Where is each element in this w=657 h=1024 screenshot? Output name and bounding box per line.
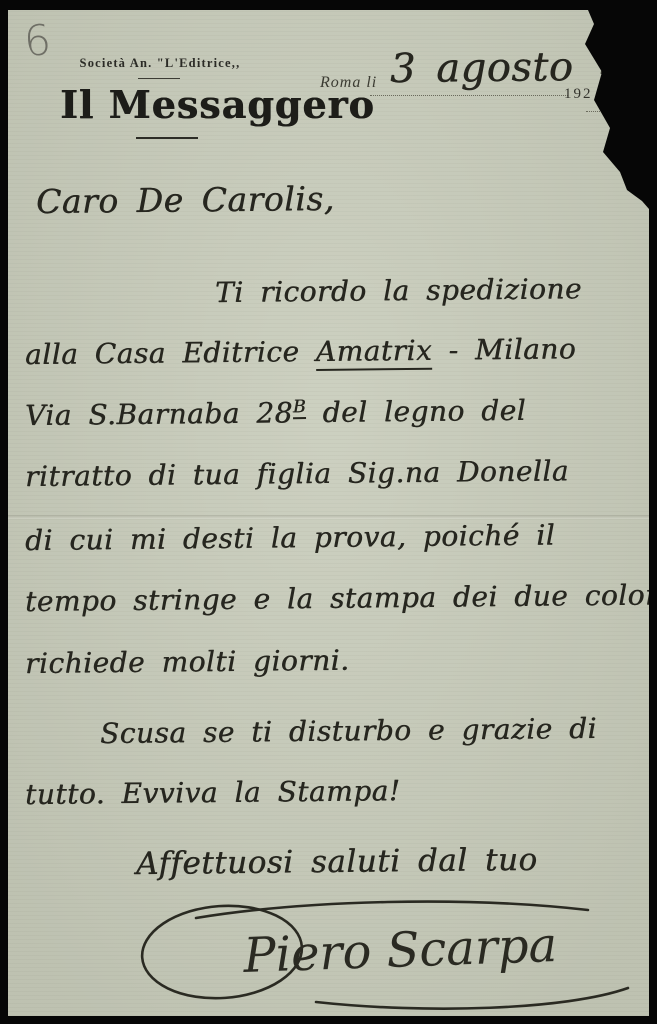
line2-text: alla Casa Editrice [25, 335, 316, 371]
handwritten-date: 3 agosto [390, 44, 574, 92]
line3-address: Via S.Barnaba 28 [25, 396, 293, 432]
line2-city: - Milano [432, 332, 576, 367]
masthead-rule [136, 137, 198, 139]
letter-line: alla Casa Editrice Amatrix - Milano [25, 332, 576, 371]
letter-paper: 6 Società An. "L'Editrice,, Il Messagger… [8, 10, 649, 1016]
letter-line: Scusa se ti disturbo e grazie di [100, 712, 597, 750]
handwritten-year-digit: 7 [596, 60, 621, 104]
letter-line: richiede molti giorni. [25, 644, 350, 680]
signature-name: Piero Scarpa [241, 917, 558, 984]
letter-line: Via S.Barnaba 28B del legno del [25, 394, 526, 432]
salutation: Caro De Carolis, [36, 179, 335, 221]
publisher-rule [138, 78, 180, 79]
signature: Piero Scarpa [136, 890, 641, 1020]
archive-page-number: 6 [22, 15, 53, 66]
letter-line: ritratto di tua figlia Sig.na Donella [25, 454, 569, 493]
publisher-name-underlined: Amatrix [316, 334, 433, 371]
fold-crease [8, 515, 649, 519]
letter-line: tempo stringe e la stampa dei due colori [25, 578, 657, 618]
letter-line: tutto. Evviva la Stampa! [25, 774, 401, 811]
letter-line: Ti ricordo la spedizione [215, 272, 582, 309]
closing-phrase: Affettuosi saluti dal tuo [136, 842, 538, 882]
signature-underline-swash [316, 988, 628, 1009]
year-dotted-rule [586, 92, 638, 112]
street-number-suffix: B [293, 397, 306, 419]
line3-rest: del legno del [306, 394, 526, 429]
letterhead-publisher: Società An. "L'Editrice,, [68, 56, 252, 71]
dateline-place-label: Roma li [320, 74, 377, 92]
signature-flourish: Piero Scarpa [136, 890, 641, 1020]
scan-background: 6 Società An. "L'Editrice,, Il Messagger… [0, 0, 657, 1024]
letter-line: di cui mi desti la prova, poiché il [25, 518, 555, 557]
signature-top-stroke [196, 902, 588, 918]
